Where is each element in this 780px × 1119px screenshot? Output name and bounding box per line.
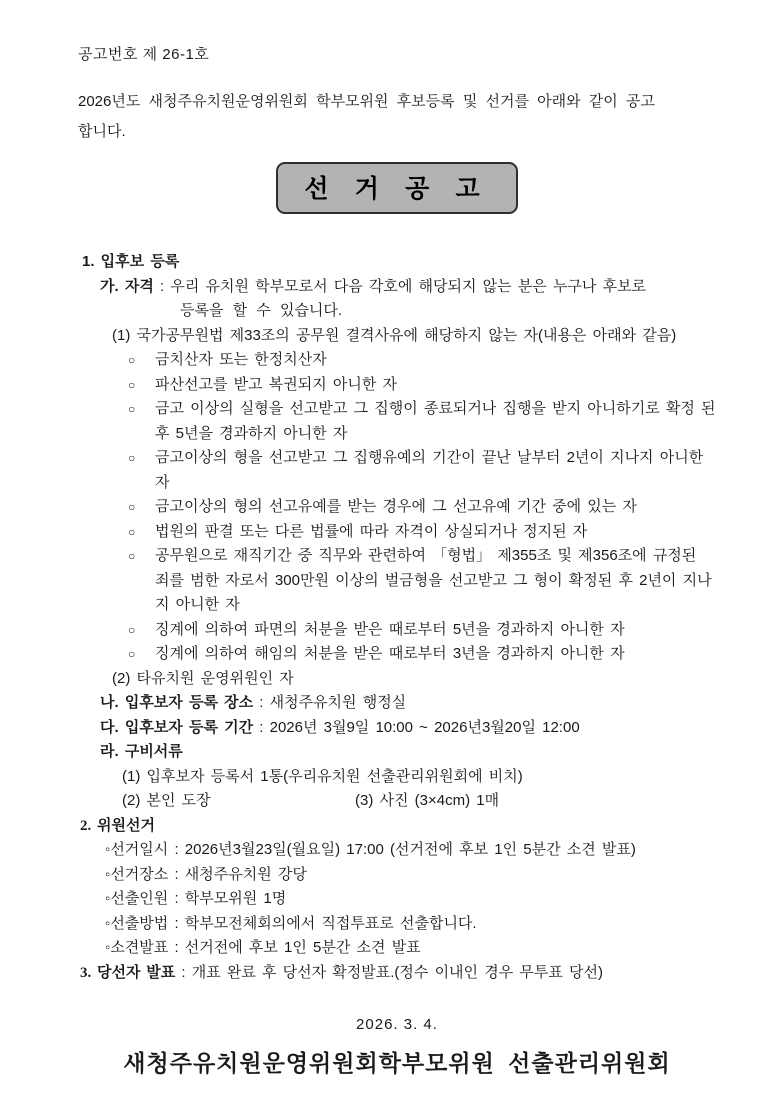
circle-bullet: ○ <box>128 544 155 618</box>
list-item-text: 파산선고를 받고 복권되지 아니한 자 <box>155 373 716 398</box>
title-banner-container: 선 거 공 고 <box>78 162 716 214</box>
list-item: ○징계에 의하여 파면의 처분을 받은 때로부터 5년을 경과하지 아니한 자 <box>78 618 716 643</box>
circle-bullet: ○ <box>128 495 155 520</box>
election-datetime: ◦선거일시 : 2026년3월23일(월요일) 17:00 (선거전에 후보 1… <box>78 838 716 863</box>
required-doc-2: (2) 본인 도장 <box>122 789 355 814</box>
opinion-presentation: ◦소견발표 : 선거전에 후보 1인 5분간 소견 발표 <box>78 936 716 961</box>
required-docs-row: (2) 본인 도장(3) 사진 (3×4cm) 1매 <box>78 789 716 814</box>
section2-title: 2. 위원선거 <box>78 814 716 839</box>
list-item: ○공무원으로 재직기간 중 직무와 관련하여 「형법」 제355조 및 제356… <box>78 544 716 618</box>
list-item: ○금고이상의 형의 선고유예를 받는 경우에 그 선고유예 기간 중에 있는 자 <box>78 495 716 520</box>
list-item-text: 금치산자 또는 한정치산자 <box>155 348 716 373</box>
list-item-text: 공무원으로 재직기간 중 직무와 관련하여 「형법」 제355조 및 제356조… <box>155 544 716 618</box>
circle-bullet: ○ <box>128 397 155 446</box>
list-item: ○법원의 판결 또는 다른 법률에 따라 자격이 상실되거나 정지된 자 <box>78 520 716 545</box>
election-headcount: ◦선출인원 : 학부모위원 1명 <box>78 887 716 912</box>
list-item-text: 금고 이상의 실형을 선고받고 그 집행이 종료되거나 집행을 받지 아니하기로… <box>155 397 716 446</box>
list-item: ○금고 이상의 실형을 선고받고 그 집행이 종료되거나 집행을 받지 아니하기… <box>78 397 716 446</box>
intro-paragraph: 2026년도 새청주유치원운영위원회 학부모위원 후보등록 및 선거를 아래와 … <box>78 87 716 147</box>
section1-da-line: 다. 입후보자 등록 기간 : 2026년 3월9일 10:00 ~ 2026년… <box>78 716 716 741</box>
required-doc-3: (3) 사진 (3×4cm) 1매 <box>355 792 499 809</box>
list-item-text: 징계에 의하여 해임의 처분을 받은 때로부터 3년을 경과하지 아니한 자 <box>155 642 716 667</box>
section1-title: 1. 입후보 등록 <box>78 250 716 275</box>
list-item: ○금치산자 또는 한정치산자 <box>78 348 716 373</box>
list-item: ○금고이상의 형을 선고받고 그 집행유예의 기간이 끝난 날부터 2년이 지나… <box>78 446 716 495</box>
list-item-text: 금고이상의 형을 선고받고 그 집행유예의 기간이 끝난 날부터 2년이 지나지… <box>155 446 716 495</box>
circle-bullet: ○ <box>128 618 155 643</box>
section3-line: 3. 당선자 발표 : 개표 완료 후 당선자 확정발표.(정수 이내인 경우 … <box>78 961 716 986</box>
circle-bullet: ○ <box>128 446 155 495</box>
da-value: : 2026년 3월9일 10:00 ~ 2026년3월20일 12:00 <box>253 719 580 736</box>
section3-label: 3. 당선자 발표 <box>78 965 175 981</box>
circle-bullet: ○ <box>128 348 155 373</box>
announcement-date: 2026. 3. 4. <box>78 1013 716 1037</box>
section1-ga-line: 가. 자격 : 우리 유치원 학부모로서 다음 각호에 해당되지 않는 분은 누… <box>78 275 716 300</box>
da-label: 다. 입후보자 등록 기간 <box>100 719 253 736</box>
section1-item1: (1) 국가공무원법 제33조의 공무원 결격사유에 해당하지 않는 자(내용은… <box>78 324 716 349</box>
ga-colon: : <box>154 278 171 295</box>
election-place: ◦선거장소 : 새청주유치원 강당 <box>78 863 716 888</box>
intro-line-1: 2026년도 새청주유치원운영위원회 학부모위원 후보등록 및 선거를 아래와 … <box>78 87 716 117</box>
ga-label: 가. 자격 <box>100 278 154 295</box>
list-item-text: 법원의 판결 또는 다른 법률에 따라 자격이 상실되거나 정지된 자 <box>155 520 716 545</box>
section1-ga-line2: 등록을 할 수 있습니다. <box>78 299 716 324</box>
circle-bullet: ○ <box>128 373 155 398</box>
section1-item2: (2) 타유치원 운영위원인 자 <box>78 667 716 692</box>
election-method: ◦선출방법 : 학부모전체회의에서 직접투표로 선출합니다. <box>78 912 716 937</box>
section1-na-line: 나. 입후보자 등록 장소 : 새청주유치원 행정실 <box>78 691 716 716</box>
notice-number: 공고번호 제 26-1호 <box>78 45 716 65</box>
na-value: : 새청주유치원 행정실 <box>253 694 406 711</box>
issuing-organization: 새청주유치원운영위원회학부모위원 선출관리위원회 <box>78 1047 716 1079</box>
list-item-text: 징계에 의하여 파면의 처분을 받은 때로부터 5년을 경과하지 아니한 자 <box>155 618 716 643</box>
required-doc-1: (1) 입후보자 등록서 1통(우리유치원 선출관리위원회에 비치) <box>78 765 716 790</box>
section1-ra-line: 라. 구비서류 <box>78 740 716 765</box>
section3-text: : 개표 완료 후 당선자 확정발표.(정수 이내인 경우 무투표 당선) <box>175 964 603 981</box>
list-item: ○파산선고를 받고 복권되지 아니한 자 <box>78 373 716 398</box>
intro-line-2: 합니다. <box>78 117 716 147</box>
ga-text: 우리 유치원 학부모로서 다음 각호에 해당되지 않는 분은 누구나 후보로 <box>170 278 646 295</box>
circle-bullet: ○ <box>128 642 155 667</box>
list-item-text: 금고이상의 형의 선고유예를 받는 경우에 그 선고유예 기간 중에 있는 자 <box>155 495 716 520</box>
document-page: 공고번호 제 26-1호 2026년도 새청주유치원운영위원회 학부모위원 후보… <box>0 0 780 1119</box>
election-notice-title: 선 거 공 고 <box>276 162 517 214</box>
list-item: ○징계에 의하여 해임의 처분을 받은 때로부터 3년을 경과하지 아니한 자 <box>78 642 716 667</box>
na-label: 나. 입후보자 등록 장소 <box>100 694 253 711</box>
circle-bullet: ○ <box>128 520 155 545</box>
